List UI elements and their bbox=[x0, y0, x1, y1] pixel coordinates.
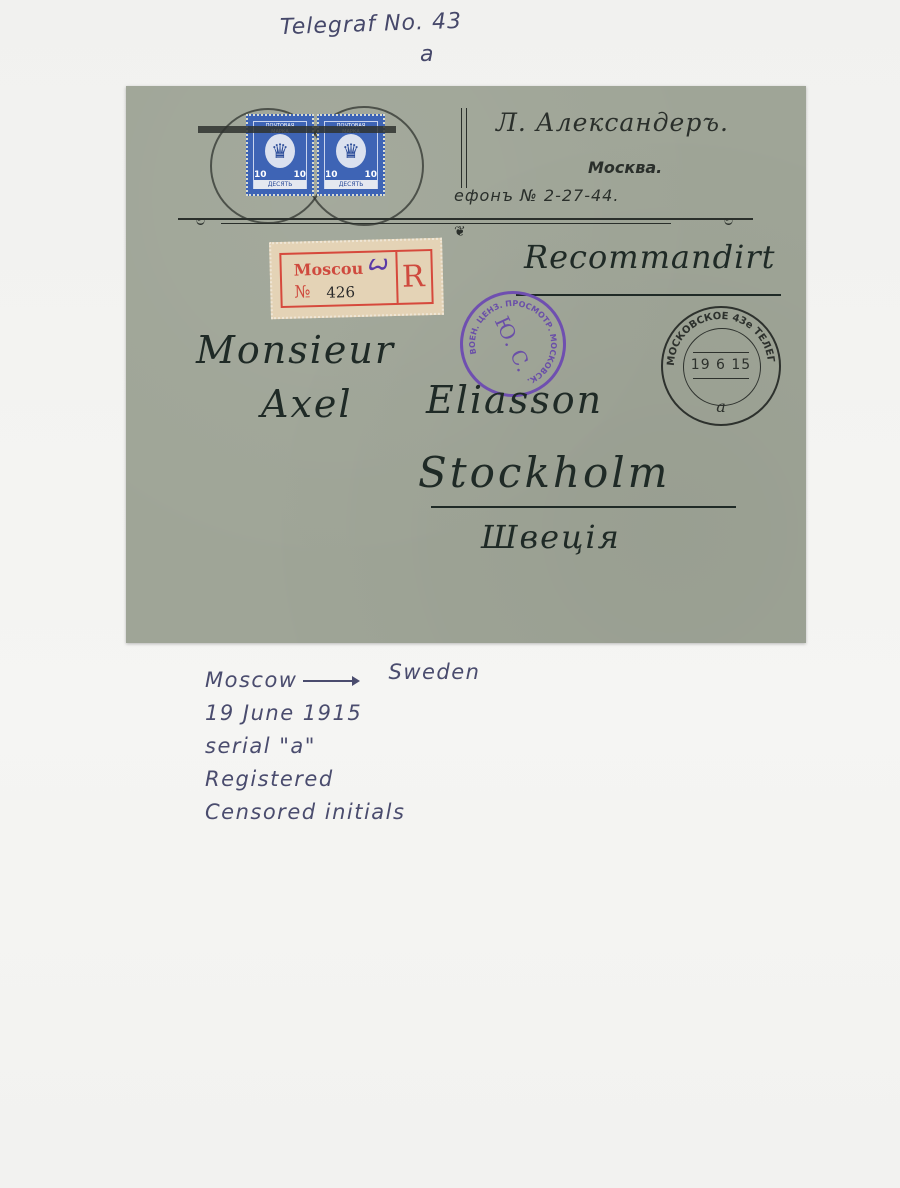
postmark-date: 19 6 15 bbox=[663, 357, 779, 373]
address-first-name: Axel bbox=[261, 382, 353, 426]
header-serial: a bbox=[420, 42, 434, 67]
eagle-icon: ♛ bbox=[265, 138, 295, 164]
registration-number-sign: № bbox=[294, 282, 311, 302]
registration-initial: Ꙍ bbox=[367, 254, 386, 273]
letterhead-name: Л. Александеръ. bbox=[496, 108, 729, 137]
envelope: ПОЧТОВАЯ МАРКА ♛ 10 10 ДЕСЯТЬ КОПѢЕКЪ ПО… bbox=[126, 86, 806, 643]
letterhead-city: Москва. bbox=[588, 158, 662, 177]
address-city-underline bbox=[431, 506, 736, 508]
note-route: MoscowSweden bbox=[205, 668, 480, 701]
postmark-right: МОСКОВСКОЕ 43е ТЕЛЕГР. ОТД. 19 6 15 а bbox=[661, 306, 781, 426]
eagle-icon: ♛ bbox=[336, 138, 366, 164]
ornament-icon: ಲ bbox=[196, 213, 205, 229]
arrow-right-icon bbox=[303, 680, 358, 682]
letterhead-rule bbox=[178, 218, 753, 220]
note-date: 19 June 1915 bbox=[205, 701, 480, 734]
postmark-serial: а bbox=[663, 397, 779, 416]
ornament-icon: ಲ bbox=[724, 213, 733, 229]
address-last-name: Eliasson bbox=[426, 378, 603, 422]
note-serial: serial "a" bbox=[205, 734, 480, 767]
address-city: Stockholm bbox=[418, 448, 671, 497]
registration-number: 426 bbox=[326, 283, 355, 302]
address-country: Швеція bbox=[481, 518, 621, 556]
letterhead-phone: ефонъ № 2-27-44. bbox=[454, 186, 619, 205]
registration-label: Moscou Ꙍ № 426 R bbox=[269, 238, 444, 320]
endorsement-underline bbox=[516, 294, 781, 296]
cancellation-bar bbox=[198, 126, 396, 133]
registration-letter: R bbox=[402, 259, 426, 295]
letterhead-divider bbox=[461, 108, 467, 188]
endorsement: Recommandirt bbox=[524, 238, 775, 276]
ornament-icon: ❦ bbox=[454, 224, 466, 240]
letterhead-rule-thin bbox=[221, 223, 671, 224]
address-line-1: Monsieur bbox=[196, 328, 395, 372]
handwritten-notes: MoscowSweden 19 June 1915 serial "a" Reg… bbox=[205, 668, 480, 833]
registration-city: Moscou bbox=[294, 259, 364, 280]
note-censor: Censored initials bbox=[205, 800, 480, 833]
note-registered: Registered bbox=[205, 767, 480, 800]
